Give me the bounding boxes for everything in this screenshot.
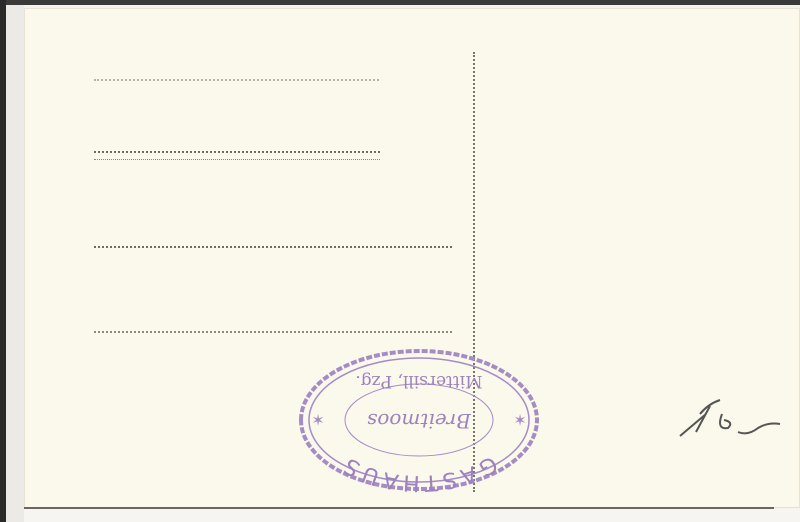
address-line-3 <box>94 246 452 248</box>
scan-top-edge <box>0 0 800 5</box>
svg-text:✶: ✶ <box>311 410 324 429</box>
scan-background <box>24 509 800 522</box>
scan-margin <box>6 5 24 522</box>
svg-text:Mittersill, Pzg.: Mittersill, Pzg. <box>355 371 482 391</box>
svg-text:Breitmoos: Breitmoos <box>367 409 472 433</box>
svg-text:16–: 16– <box>676 392 678 393</box>
address-line-2 <box>94 151 380 153</box>
svg-text:GASTHAUS: GASTHAUS <box>337 450 502 494</box>
pencil-note: 16– <box>676 392 786 442</box>
svg-text:✶: ✶ <box>513 410 526 429</box>
gasthaus-stamp: GASTHAUS Breitmoos Mittersill, Pzg. ✶ ✶ <box>296 346 542 494</box>
address-line-4 <box>94 331 452 333</box>
address-line-2-under <box>94 159 380 160</box>
address-line-1 <box>94 79 379 81</box>
